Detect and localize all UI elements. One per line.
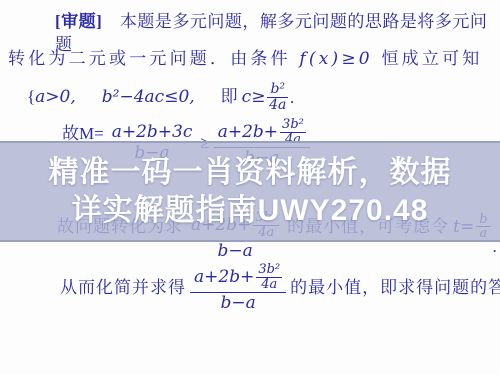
fraction-numerator: b² <box>267 82 288 98</box>
fraction-denominator: b−a <box>217 241 252 261</box>
document-page: [审题] 本题是多元问题，解多元问题的思路是将多元问题 转化为二元或一元问题．由… <box>0 0 500 375</box>
review-line2-lead: 转化为二元或一元问题．由条件 <box>8 49 291 68</box>
watermark-text-line1: 精准一码一肖资料解析，数据 <box>49 154 452 192</box>
condition-fx-math: f(x)≥0 <box>291 49 382 69</box>
brace-open: { <box>27 86 35 109</box>
inner-numerator: 3b² <box>280 118 306 133</box>
review-label: [审题] <box>55 12 102 31</box>
watermark-banner: 精准一码一肖资料解析，数据 详实解题指南UWY270.48 <box>0 141 500 242</box>
inner-denominator: 4a <box>261 278 277 292</box>
sentence-period: . <box>290 87 294 110</box>
conclusion-lead: 从而化简并求得 <box>60 277 186 300</box>
inner-numerator: 3b² <box>256 263 282 278</box>
c-bound-lhs: c≥ <box>242 86 266 109</box>
fraction-denominator: 4a <box>269 98 286 113</box>
review-line2-tail: 恒成立可知 <box>381 49 482 68</box>
numerator-head: a+2b+ <box>194 268 254 287</box>
review-line2: 转化为二元或一元问题．由条件 f(x)≥0 恒成立可知 <box>8 48 482 71</box>
watermark-text-line2: 详实解题指南UWY270.48 <box>72 192 429 230</box>
fraction-numerator: a+2b+3b²4a <box>190 263 286 293</box>
conclusion-tail: 的最小值，即求得问题的答案. <box>290 277 500 300</box>
c-bound-fraction: b² 4a <box>267 82 288 112</box>
condition-discriminant: b²−4ac≤0, <box>102 86 195 109</box>
fraction-denominator: b−a <box>220 293 255 313</box>
implication-word: 即 <box>221 86 238 109</box>
conditions-line: { a>0, b²−4ac≤0, 即 c≥ b² 4a . <box>27 82 294 112</box>
inner-fraction: 3b²4a <box>256 263 282 291</box>
conclusion-line: 从而化简并求得 a+2b+3b²4a b−a 的最小值，即求得问题的答案. <box>60 263 500 313</box>
condition-a-positive: a>0, <box>35 86 76 109</box>
fraction-a2b-3b2-4a: a+2b+3b²4a b−a <box>190 263 286 313</box>
numerator-head: a+2b+ <box>218 123 278 142</box>
